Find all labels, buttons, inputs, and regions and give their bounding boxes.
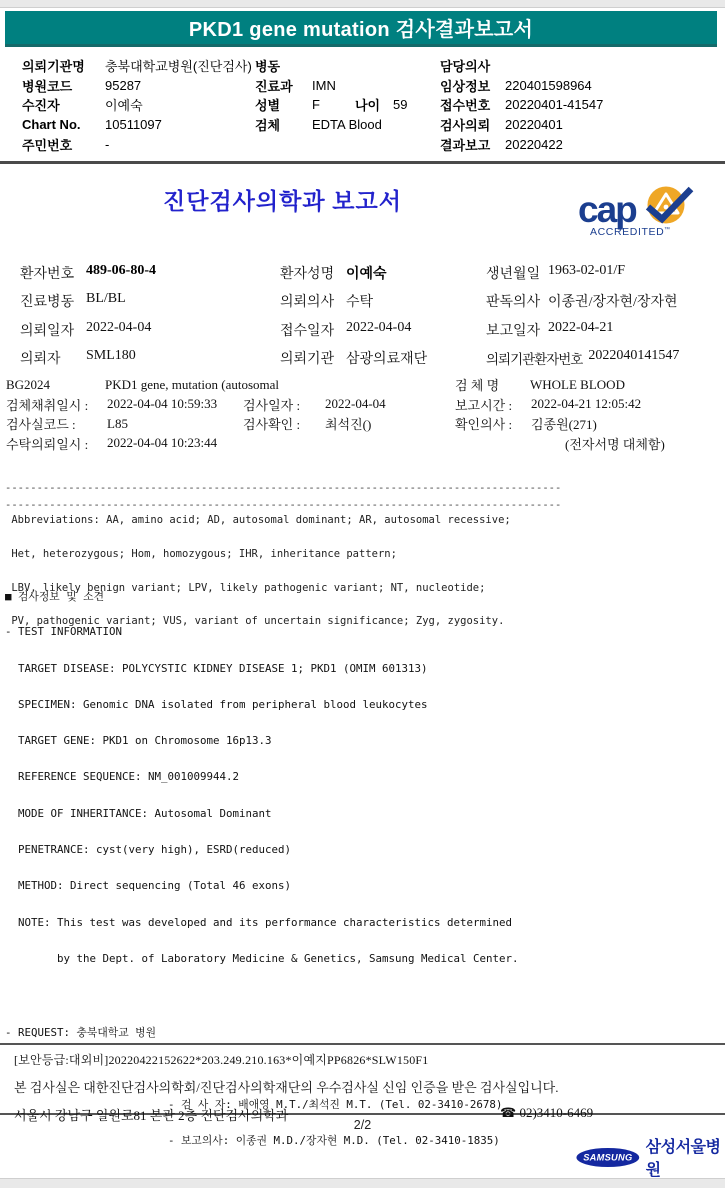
hospital-branding: SAMSUNG 삼성서울병원 — [576, 1134, 725, 1180]
cap-accredited-text: ACCREDITED — [590, 226, 664, 238]
field-value: 2022-04-21 — [548, 320, 725, 336]
info-row: 수진자이예숙 — [22, 95, 255, 115]
info-row: 진료과IMN — [255, 76, 440, 96]
field-label: 의뢰기관환자번호 — [486, 348, 588, 368]
field-value: 2022-04-21 12:05:42 — [531, 396, 725, 412]
info-row: 병원코드95287 — [22, 76, 255, 96]
field-value: - — [105, 137, 109, 152]
findings-line: REFERENCE SEQUENCE: NM_001009944.2 — [5, 770, 519, 780]
field-label: 병원코드 — [22, 76, 105, 95]
field-value: 삼광의료재단 — [346, 348, 486, 368]
field-value: 1963-02-01/F — [548, 263, 725, 279]
footer-section: [보안등급:대외비]20220422152622*203.249.210.163… — [0, 1043, 725, 1115]
patient-id: 489-06-80-4 — [86, 263, 280, 279]
field-value: 2022-04-04 10:23:44 — [107, 435, 243, 451]
field-value: 59 — [393, 97, 407, 112]
field-label: 주민번호 — [22, 135, 105, 154]
info-column-right: 담당의사 임상정보220401598964 접수번호20220401-41547… — [440, 56, 710, 154]
field-value: 220401598964 — [505, 78, 592, 93]
field-label: 임상정보 — [440, 76, 505, 95]
patient-name: 이예숙 — [346, 263, 486, 283]
patient-row: 의뢰자SML180 의뢰기관삼광의료재단 의뢰기관환자번호20220401415… — [0, 348, 725, 376]
cap-logo-text: cap — [578, 189, 637, 230]
field-value: L85 — [107, 416, 243, 432]
patient-row: 환자번호489-06-80-4 환자성명이예숙 생년월일1963-02-01/F — [0, 263, 725, 291]
hospital-name: 삼성서울병원 — [646, 1134, 725, 1180]
field-label: 환자성명 — [280, 263, 346, 283]
field-label: 접수일자 — [280, 320, 346, 340]
findings-line: TARGET DISEASE: POLYCYSTIC KIDNEY DISEAS… — [5, 662, 519, 672]
cap-tm-mark: ™ — [664, 226, 670, 233]
field-label: 성별 — [255, 95, 312, 114]
page-edge-top — [0, 0, 725, 8]
specimen-value: WHOLE BLOOD — [530, 377, 725, 393]
field-value: 최석진() — [325, 414, 455, 433]
abbreviations-line: Het, heterozygous; Hom, homozygous; IHR,… — [5, 548, 511, 558]
field-label: 검사실코드 : — [6, 414, 107, 433]
field-value: 충북대학교병원(진단검사) — [105, 56, 252, 75]
field-value: F — [312, 97, 355, 112]
test-row: 검체채취일시 :2022-04-04 10:59:33 검사일자 :2022-0… — [0, 395, 725, 415]
field-label: 확인의사 : — [455, 414, 531, 433]
info-column-middle: 병동 진료과IMN 성별F나이59 검체EDTA Blood — [255, 56, 440, 154]
findings-heading: ■ 검사정보 및 소견 — [5, 589, 519, 599]
test-code: BG2024 — [6, 377, 105, 393]
patient-row: 진료병동BL/BL 의뢰의사수탁 판독의사이종권/장자현/장자현 — [0, 291, 725, 319]
field-value: 이예숙 — [105, 95, 143, 114]
field-value: 20220422 — [505, 137, 563, 152]
cap-accredited-logo: cap ACCREDITED ™ — [578, 186, 704, 238]
info-row: 의뢰기관명충북대학교병원(진단검사) — [22, 56, 255, 76]
findings-line: TARGET GENE: PKD1 on Chromosome 16p13.3 — [5, 734, 519, 744]
field-value: 이종권/장자현/장자현 — [548, 291, 725, 311]
test-meta-section: BG2024 PKD1 gene, mutation (autosomal 검 … — [0, 375, 725, 453]
info-row: 성별F나이59 — [255, 95, 440, 115]
field-value: EDTA Blood — [312, 117, 382, 132]
samsung-logo: SAMSUNG — [576, 1146, 640, 1169]
field-label: 나이 — [355, 95, 393, 114]
field-label: 검사의뢰 — [440, 115, 505, 134]
field-label: 수탁의뢰일시 : — [6, 434, 107, 453]
field-label: 검체채취일시 : — [6, 395, 107, 414]
findings-line: SPECIMEN: Genomic DNA isolated from peri… — [5, 698, 519, 708]
field-value: 20220401-41547 — [505, 97, 603, 112]
field-label: 의뢰기관 — [280, 348, 346, 368]
field-value: 95287 — [105, 78, 141, 93]
security-classification-line: [보안등급:대외비]20220422152622*203.249.210.163… — [14, 1051, 725, 1068]
field-label: 병동 — [255, 56, 312, 75]
info-row: 주민번호- — [22, 134, 255, 154]
findings-line: PENETRANCE: cyst(very high), ESRD(reduce… — [5, 843, 519, 853]
section-divider — [0, 161, 725, 164]
field-label: 검사일자 : — [243, 395, 325, 414]
field-value: 2022-04-04 10:59:33 — [107, 396, 243, 412]
field-label: 의뢰의사 — [280, 291, 346, 311]
findings-line: by the Dept. of Laboratory Medicine & Ge… — [5, 952, 519, 962]
field-label: 의뢰기관명 — [22, 56, 105, 75]
field-value: IMN — [312, 78, 336, 93]
field-value: 수탁 — [346, 291, 486, 311]
esignature-note: (전자서명 대체함) — [531, 434, 725, 453]
field-value: 2022-04-04 — [86, 320, 280, 336]
field-value: 2022-04-04 — [325, 396, 455, 412]
info-row: 결과보고20220422 — [440, 134, 710, 154]
info-row: 담당의사 — [440, 56, 710, 76]
patient-info-section: 환자번호489-06-80-4 환자성명이예숙 생년월일1963-02-01/F… — [0, 263, 725, 377]
field-label: 판독의사 — [486, 291, 548, 311]
field-label: 의뢰자 — [20, 348, 86, 368]
page-number: 2/2 — [0, 1118, 725, 1132]
field-label: Chart No. — [22, 117, 105, 132]
field-label: 접수번호 — [440, 95, 505, 114]
field-label: 환자번호 — [20, 263, 86, 283]
field-label: 검체 — [255, 115, 312, 134]
reporting-doctor-line: - 보고의사: 이종권 M.D./장자현 M.D. (Tel. 02-3410-… — [168, 1133, 519, 1143]
field-label: 결과보고 — [440, 135, 505, 154]
findings-line: - TEST INFORMATION — [5, 625, 519, 635]
test-row: 수탁의뢰일시 :2022-04-04 10:23:44 (전자서명 대체함) — [0, 434, 725, 454]
lab-accreditation-line: 본 검사실은 대한진단검사의학회/진단검사의학재단의 우수검사실 신임 인증을 … — [14, 1077, 725, 1096]
info-row: 임상정보220401598964 — [440, 76, 710, 96]
field-value: 20220401 — [505, 117, 563, 132]
field-label: 진료병동 — [20, 291, 86, 311]
report-section-title: 진단검사의학과 보고서 — [163, 189, 402, 214]
test-name: PKD1 gene, mutation (autosomal — [105, 377, 455, 393]
field-value: 10511097 — [105, 117, 162, 132]
info-row: Chart No.10511097 — [22, 115, 255, 135]
field-label: 검사확인 : — [243, 414, 325, 433]
field-label: 담당의사 — [440, 56, 505, 75]
field-label: 수진자 — [22, 95, 105, 114]
info-row: 검사의뢰20220401 — [440, 115, 710, 135]
field-label: 진료과 — [255, 76, 312, 95]
field-value: SML180 — [86, 348, 280, 364]
test-row: 검사실코드 :L85 검사확인 :최석진() 확인의사 :김종원(271) — [0, 414, 725, 434]
field-label: 보고일자 — [486, 320, 548, 340]
patient-row: 의뢰일자2022-04-04 접수일자2022-04-04 보고일자2022-0… — [0, 320, 725, 348]
findings-line — [5, 988, 519, 998]
info-row: 병동 — [255, 56, 440, 76]
field-label: 생년월일 — [486, 263, 548, 283]
field-value: 2022-04-04 — [346, 320, 486, 336]
samsung-logo-text: SAMSUNG — [583, 1152, 632, 1162]
document-title: PKD1 gene mutation 검사결과보고서 — [189, 13, 533, 42]
findings-line: METHOD: Direct sequencing (Total 46 exon… — [5, 879, 519, 889]
test-row: BG2024 PKD1 gene, mutation (autosomal 검 … — [0, 375, 725, 395]
header-info-section: 의뢰기관명충북대학교병원(진단검사) 병원코드95287 수진자이예숙 Char… — [0, 56, 725, 154]
findings-line: - REQUEST: 충북대학교 병원 — [5, 1025, 519, 1035]
report-title-bar: PKD1 gene mutation 검사결과보고서 — [5, 11, 717, 47]
field-label: 의뢰일자 — [20, 320, 86, 340]
field-label: 검 체 명 — [455, 375, 530, 394]
info-column-left: 의뢰기관명충북대학교병원(진단검사) 병원코드95287 수진자이예숙 Char… — [22, 56, 255, 154]
field-label: 보고시간 : — [455, 395, 531, 414]
info-row: 접수번호20220401-41547 — [440, 95, 710, 115]
field-value: 김종원(271) — [531, 414, 725, 433]
field-value: BL/BL — [86, 291, 280, 307]
page-edge-bottom — [0, 1178, 725, 1188]
findings-line: NOTE: This test was developed and its pe… — [5, 916, 519, 926]
field-value: 2022040141547 — [588, 348, 680, 363]
abbreviations-line: Abbreviations: AA, amino acid; AD, autos… — [5, 514, 511, 524]
info-row: 검체EDTA Blood — [255, 115, 440, 135]
findings-line: MODE OF INHERITANCE: Autosomal Dominant — [5, 807, 519, 817]
